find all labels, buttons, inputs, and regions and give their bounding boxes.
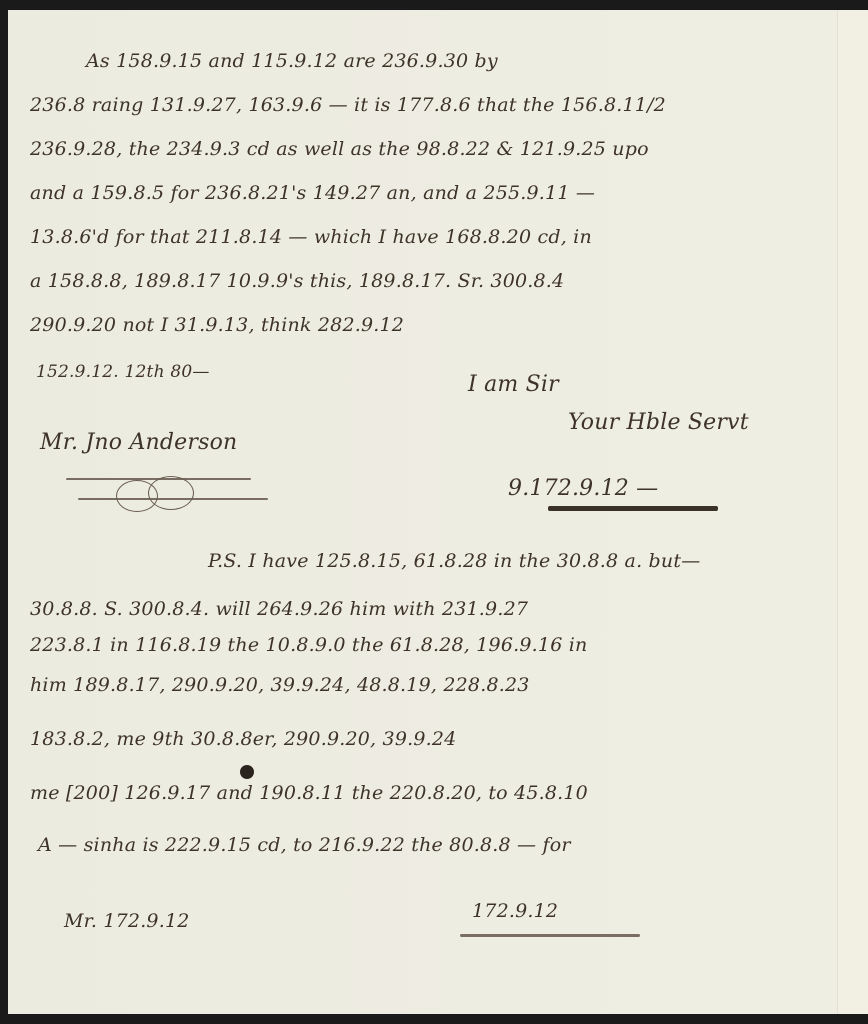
date-line: 152.9.12. 12th 80—: [36, 362, 210, 382]
body-line-3: 236.9.28, the 234.9.3 cd as well as the …: [30, 138, 649, 160]
postscript-line-6: me [200] 126.9.17 and 190.8.11 the 220.8…: [30, 782, 588, 804]
footer-left: Mr. 172.9.12: [64, 910, 190, 932]
body-line-1: As 158.9.15 and 115.9.12 are 236.9.30 by: [86, 50, 498, 72]
body-line-5: 13.8.6'd for that 211.8.14 — which I hav…: [30, 226, 592, 248]
signature-underline: [548, 506, 718, 511]
postscript-line-5: 183.8.2, me 9th 30.8.8er, 290.9.20, 39.9…: [30, 728, 456, 750]
postscript-line-1: P.S. I have 125.8.15, 61.8.28 in the 30.…: [208, 550, 700, 572]
signature: 9.172.9.12 —: [508, 476, 658, 501]
postscript-line-2: 30.8.8. S. 300.8.4. will 264.9.26 him wi…: [30, 598, 528, 620]
addressee-flourish-loop-2: [148, 476, 194, 510]
ink-blot: [240, 765, 254, 779]
postscript-line-3: 223.8.1 in 116.8.19 the 10.8.9.0 the 61.…: [30, 634, 587, 656]
manuscript-page: As 158.9.15 and 115.9.12 are 236.9.30 by…: [8, 10, 868, 1014]
footer-underline: [460, 934, 640, 937]
body-line-2: 236.8 raing 131.9.27, 163.9.6 — it is 17…: [30, 94, 666, 116]
footer-center: 172.9.12: [472, 900, 558, 922]
postscript-line-4: him 189.8.17, 290.9.20, 39.9.24, 48.8.19…: [30, 674, 530, 696]
addressee: Mr. Jno Anderson: [40, 430, 237, 455]
paper-edge: [837, 10, 868, 1014]
closing-line-1: I am Sir: [468, 372, 559, 397]
body-line-7: 290.9.20 not I 31.9.13, think 282.9.12: [30, 314, 404, 336]
postscript-line-7: A — sinha is 222.9.15 cd, to 216.9.22 th…: [38, 834, 571, 856]
body-line-6: a 158.8.8, 189.8.17 10.9.9's this, 189.8…: [30, 270, 564, 292]
body-line-4: and a 159.8.5 for 236.8.21's 149.27 an, …: [30, 182, 595, 204]
closing-line-2: Your Hble Servt: [568, 410, 749, 435]
